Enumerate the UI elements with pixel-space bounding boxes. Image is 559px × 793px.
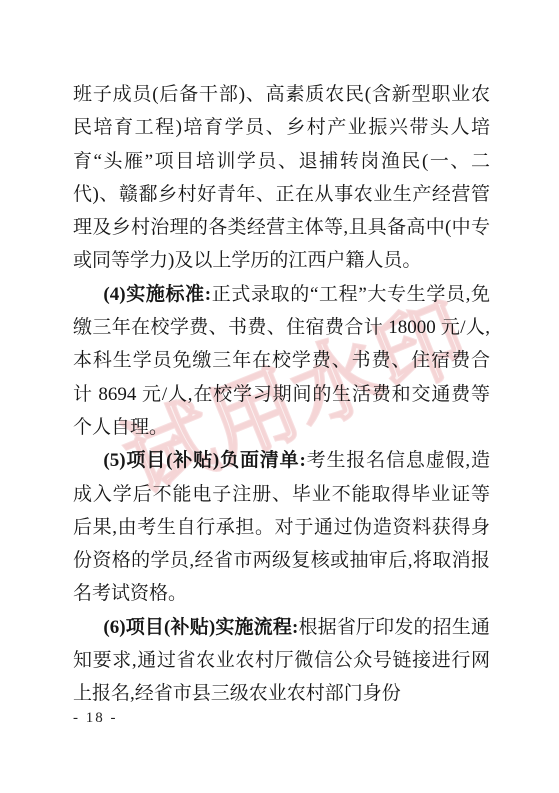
page-footer: - 18 -	[73, 710, 118, 727]
paragraph-bold-label: (6)项目(补贴)实施流程:	[103, 617, 298, 638]
paragraph-item-6: (6)项目(补贴)实施流程:根据省厅印发的招生通知要求,通过省农业农村厅微信公众…	[73, 611, 490, 711]
paragraph-item-4: (4)实施标准:正式录取的“工程”大专生学员,免缴三年在校学费、书费、住宿费合计…	[73, 278, 490, 444]
paragraph-continuation: 班子成员(后备干部)、高素质农民(含新型职业农民培育工程)培育学员、乡村产业振兴…	[73, 78, 490, 278]
paragraph-text: 考生报名信息虚假,造成入学后不能电子注册、毕业不能取得毕业证等后果,由考生自行承…	[73, 450, 490, 604]
paragraph-bold-label: (4)实施标准:	[103, 284, 211, 305]
document-page: 试用水印 班子成员(后备干部)、高素质农民(含新型职业农民培育工程)培育学员、乡…	[0, 0, 559, 793]
paragraph-bold-label: (5)项目(补贴)负面清单:	[103, 450, 305, 471]
paragraph-text: 正式录取的“工程”大专生学员,免缴三年在校学费、书费、住宿费合计 18000 元…	[73, 284, 490, 438]
document-body: 班子成员(后备干部)、高素质农民(含新型职业农民培育工程)培育学员、乡村产业振兴…	[73, 78, 490, 711]
paragraph-item-5: (5)项目(补贴)负面清单:考生报名信息虚假,造成入学后不能电子注册、毕业不能取…	[73, 444, 490, 610]
page-number: - 18 -	[73, 710, 118, 726]
paragraph-text: 班子成员(后备干部)、高素质农民(含新型职业农民培育工程)培育学员、乡村产业振兴…	[73, 84, 490, 271]
